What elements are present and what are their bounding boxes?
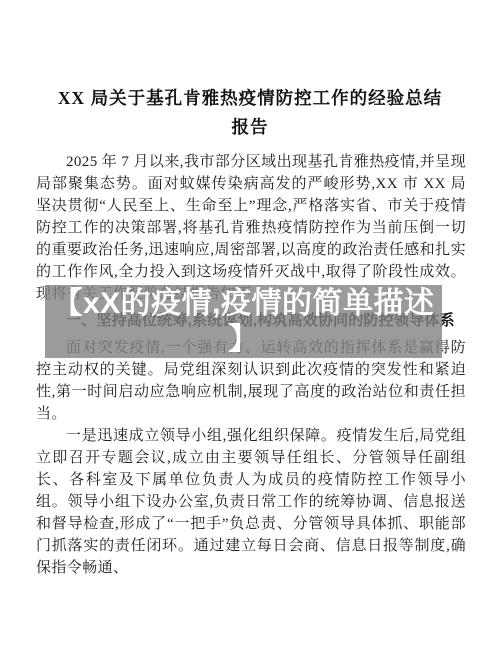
- paragraph-leading-group: 一是迅速成立领导小组,强化组织保障。疫情发生后,局党组立即召开专题会议,成立由主…: [36, 425, 466, 579]
- paragraph-intro: 2025 年 7 月以来,我市部分区域出现基孔肯雅热疫情,并呈现局部聚集态势。面…: [36, 151, 466, 305]
- document-title-line-2: 报告: [0, 113, 500, 142]
- paragraph-command-system: 面对突发疫情,一个强有力、运转高效的指挥体系是赢得防控主动权的关键。局党组深刻认…: [36, 337, 466, 425]
- document-body: 2025 年 7 月以来,我市部分区域出现基孔肯雅热疫情,并呈现局部聚集态势。面…: [0, 142, 500, 579]
- document-page: XX 局关于基孔肯雅热疫情防控工作的经验总结 报告 2025 年 7 月以来,我…: [0, 0, 500, 647]
- section-heading: 一、坚持高位统筹,系统谋划,构筑高效协同的防控领导体系: [36, 310, 466, 332]
- document-title-line-1: XX 局关于基孔肯雅热疫情防控工作的经验总结: [0, 84, 500, 113]
- document-title: XX 局关于基孔肯雅热疫情防控工作的经验总结 报告: [0, 84, 500, 142]
